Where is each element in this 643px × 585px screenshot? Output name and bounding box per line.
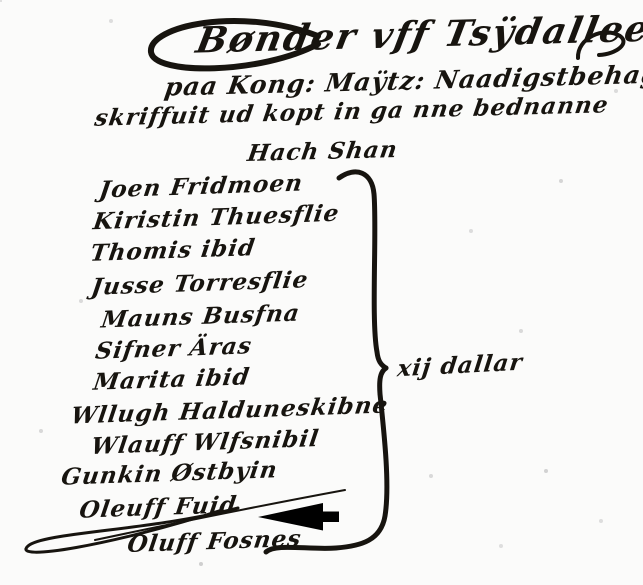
name-line-1: Joen Fridmoen xyxy=(98,171,305,201)
name-line-7: Marita ibid xyxy=(92,365,252,393)
name-line-4: Jusse Torresflie xyxy=(90,268,310,299)
name-line-6: Sifner Äras xyxy=(94,334,254,362)
paper-speckles xyxy=(0,0,2,2)
name-line-5: Mauns Busfna xyxy=(100,302,302,332)
grouping-brace-upper xyxy=(339,172,386,368)
name-line-3: Thomis ibid xyxy=(89,236,257,265)
scanned-manuscript-page: Bønder vff Tsÿdalleenn paa Kong: Maÿtz: … xyxy=(0,0,643,585)
manuscript-title: Bønder vff Tsÿdalleenn xyxy=(193,9,643,58)
name-line-10: Gunkin Østbyin xyxy=(60,458,279,488)
name-line-11: Oleuff Fuid xyxy=(78,493,239,521)
name-line-2: Kiristin Thuesflie xyxy=(92,202,341,234)
name-line-8: Wllugh Halduneskibne xyxy=(70,394,390,428)
name-line-9: Wlauff Wlfsnibil xyxy=(90,427,321,458)
sum-annotation: xij dallar xyxy=(396,351,524,380)
name-line-12: Oluff Fosnes xyxy=(126,527,303,556)
header-line-3: Hach Shan xyxy=(246,138,399,165)
